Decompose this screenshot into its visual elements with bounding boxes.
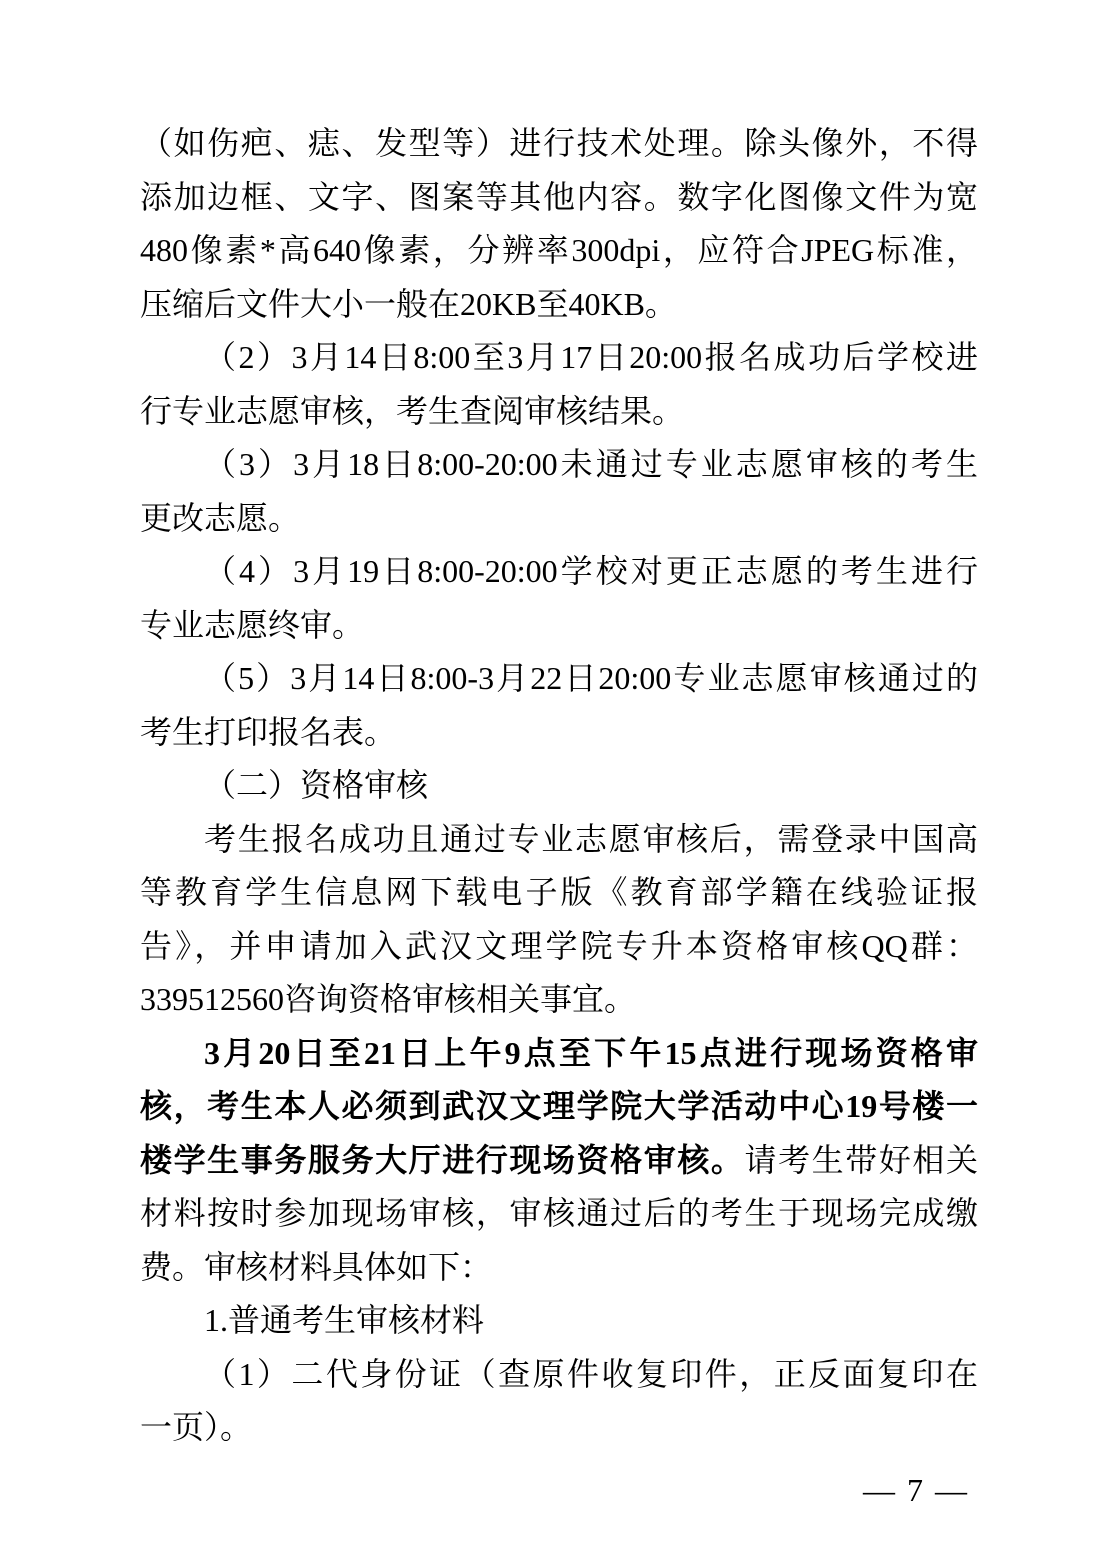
text-run: 339512560咨询资格审核相关事宜。 (140, 981, 636, 1017)
text-line: （4）3月19日8:00-20:00学校对更正志愿的考生进行 (140, 545, 978, 599)
text-run: 一页）。 (140, 1409, 252, 1445)
text-line: 告》，并申请加入武汉文理学院专升本资格审核QQ群： (140, 920, 978, 974)
text-run: （3）3月18日8:00-20:00未通过专业志愿审核的考生 (204, 446, 978, 482)
document-page: （如伤疤、痣、发型等）进行技术处理。除头像外，不得 添加边框、文字、图案等其他内… (0, 0, 1114, 1566)
text-run: 压缩后文件大小一般在20KB至40KB。 (140, 286, 677, 322)
text-run: 等教育学生信息网下载电子版《教育部学籍在线验证报 (140, 874, 978, 910)
text-run: 费。审核材料具体如下： (140, 1249, 492, 1285)
text-line: 核，考生本人必须到武汉文理学院大学活动中心19号楼一 (140, 1080, 978, 1134)
text-line: （5）3月14日8:00-3月22日20:00专业志愿审核通过的 (140, 652, 978, 706)
text-run: （如伤疤、痣、发型等）进行技术处理。除头像外，不得 (140, 125, 978, 161)
bold-text-run: 3月20日至21日上午9点至下午15点进行现场资格审 (204, 1035, 978, 1071)
text-line: 材料按时参加现场审核，审核通过后的考生于现场完成缴 (140, 1187, 978, 1241)
text-line: 等教育学生信息网下载电子版《教育部学籍在线验证报 (140, 866, 978, 920)
text-run: （1）二代身份证（查原件收复印件，正反面复印在 (204, 1356, 978, 1392)
text-line: 楼学生事务服务大厅进行现场资格审核。请考生带好相关 (140, 1134, 978, 1188)
text-run: （二）资格审核 (204, 767, 428, 803)
text-run: （4）3月19日8:00-20:00学校对更正志愿的考生进行 (204, 553, 978, 589)
text-run: 请考生带好相关 (744, 1142, 978, 1178)
list-item-heading: 1.普通考生审核材料 (140, 1294, 978, 1348)
text-line: 压缩后文件大小一般在20KB至40KB。 (140, 278, 978, 332)
text-run: 专业志愿终审。 (140, 607, 364, 643)
text-line: （1）二代身份证（查原件收复印件，正反面复印在 (140, 1348, 978, 1402)
text-run: （2）3月14日8:00至3月17日20:00报名成功后学校进 (204, 339, 978, 375)
text-run: 材料按时参加现场审核，审核通过后的考生于现场完成缴 (140, 1195, 978, 1231)
text-line: 专业志愿终审。 (140, 599, 978, 653)
text-run: 480像素*高640像素，分辨率300dpi，应符合JPEG标准， (140, 232, 978, 268)
text-run: 添加边框、文字、图案等其他内容。数字化图像文件为宽 (140, 179, 978, 215)
text-line: 费。审核材料具体如下： (140, 1241, 978, 1295)
document-body: （如伤疤、痣、发型等）进行技术处理。除头像外，不得 添加边框、文字、图案等其他内… (140, 117, 978, 1455)
text-line: （3）3月18日8:00-20:00未通过专业志愿审核的考生 (140, 438, 978, 492)
text-run: 考生打印报名表。 (140, 714, 396, 750)
text-run: 考生报名成功且通过专业志愿审核后，需登录中国高 (204, 821, 978, 857)
bold-text-run: 楼学生事务服务大厅进行现场资格审核。 (140, 1142, 744, 1178)
text-line: 更改志愿。 (140, 492, 978, 546)
text-line: 添加边框、文字、图案等其他内容。数字化图像文件为宽 (140, 171, 978, 225)
page-number: — 7 — (863, 1472, 969, 1508)
text-run: 更改志愿。 (140, 500, 300, 536)
text-line: 339512560咨询资格审核相关事宜。 (140, 973, 978, 1027)
text-line: （如伤疤、痣、发型等）进行技术处理。除头像外，不得 (140, 117, 978, 171)
text-run: 行专业志愿审核，考生查阅审核结果。 (140, 393, 684, 429)
bold-text-run: 核，考生本人必须到武汉文理学院大学活动中心19号楼一 (140, 1088, 978, 1124)
text-run: 1.普通考生审核材料 (204, 1302, 484, 1338)
text-run: （5）3月14日8:00-3月22日20:00专业志愿审核通过的 (204, 660, 978, 696)
text-line: 一页）。 (140, 1401, 978, 1455)
text-line: 考生打印报名表。 (140, 706, 978, 760)
text-line: （2）3月14日8:00至3月17日20:00报名成功后学校进 (140, 331, 978, 385)
text-line: 考生报名成功且通过专业志愿审核后，需登录中国高 (140, 813, 978, 867)
section-heading: （二）资格审核 (140, 759, 978, 813)
text-line: 480像素*高640像素，分辨率300dpi，应符合JPEG标准， (140, 224, 978, 278)
text-run: 告》，并申请加入武汉文理学院专升本资格审核QQ群： (140, 928, 978, 964)
text-line: 3月20日至21日上午9点至下午15点进行现场资格审 (140, 1027, 978, 1081)
text-line: 行专业志愿审核，考生查阅审核结果。 (140, 385, 978, 439)
